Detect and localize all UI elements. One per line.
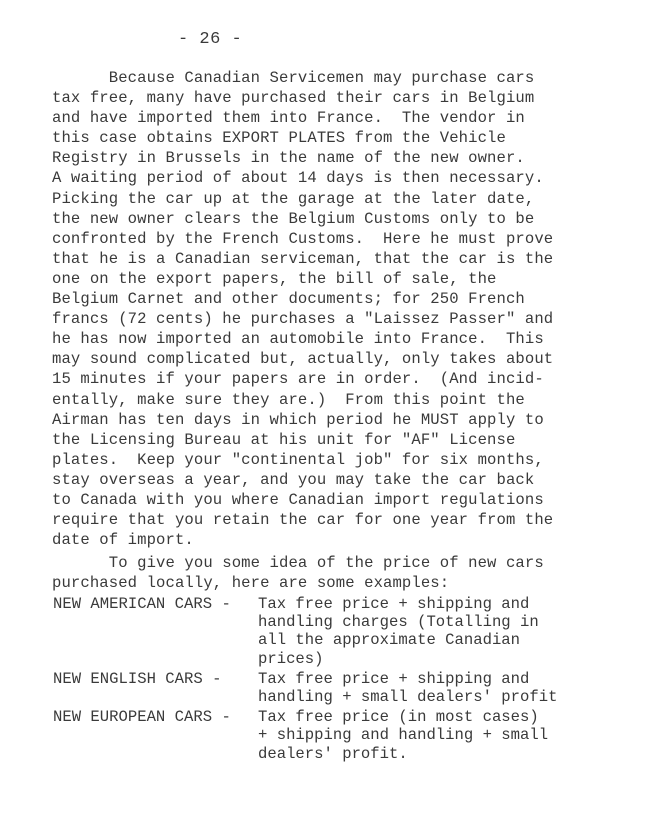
- car-price-examples: NEW AMERICAN CARS - Tax free price + shi…: [53, 595, 557, 763]
- text-line: handling charges (Totalling in: [258, 613, 557, 631]
- text-line: handling + small dealers' profit: [258, 688, 557, 706]
- paragraph-belgium-import: Because Canadian Servicemen may purchase…: [52, 68, 612, 550]
- example-label: NEW AMERICAN CARS -: [53, 595, 231, 613]
- example-european-cars: NEW EUROPEAN CARS - Tax free price (in m…: [53, 708, 557, 763]
- text-line: that he is a Canadian serviceman, that t…: [52, 249, 612, 269]
- text-line: A waiting period of about 14 days is the…: [52, 168, 612, 188]
- text-line: purchased locally, here are some example…: [52, 573, 612, 593]
- text-line: confronted by the French Customs. Here h…: [52, 229, 612, 249]
- text-line: Picking the car up at the garage at the …: [52, 189, 612, 209]
- text-line: + shipping and handling + small: [258, 726, 557, 744]
- text-line: Tax free price + shipping and: [258, 595, 557, 613]
- text-line: date of import.: [52, 530, 612, 550]
- text-line: Airman has ten days in which period he M…: [52, 410, 612, 430]
- text-line: he has now imported an automobile into F…: [52, 329, 612, 349]
- text-line: this case obtains EXPORT PLATES from the…: [52, 128, 612, 148]
- example-description: Tax free price + shipping andhandling + …: [258, 670, 557, 706]
- text-line: Tax free price + shipping and: [258, 670, 557, 688]
- text-line: all the approximate Canadian: [258, 631, 557, 649]
- text-line: to Canada with you where Canadian import…: [52, 490, 612, 510]
- text-line: 15 minutes if your papers are in order. …: [52, 369, 612, 389]
- paragraph-price-intro: To give you some idea of the price of ne…: [52, 553, 612, 593]
- example-description: Tax free price (in most cases)+ shipping…: [258, 708, 557, 763]
- text-line: tax free, many have purchased their cars…: [52, 88, 612, 108]
- text-line: Because Canadian Servicemen may purchase…: [52, 68, 612, 88]
- text-line: the new owner clears the Belgium Customs…: [52, 209, 612, 229]
- text-line: one on the export papers, the bill of sa…: [52, 269, 612, 289]
- text-line: the Licensing Bureau at his unit for "AF…: [52, 430, 612, 450]
- text-line: plates. Keep your "continental job" for …: [52, 450, 612, 470]
- text-line: and have imported them into France. The …: [52, 108, 612, 128]
- example-american-cars: NEW AMERICAN CARS - Tax free price + shi…: [53, 595, 557, 668]
- example-label: NEW EUROPEAN CARS -: [53, 708, 231, 726]
- page-number: - 26 -: [178, 30, 242, 49]
- text-line: stay overseas a year, and you may take t…: [52, 470, 612, 490]
- example-label: NEW ENGLISH CARS -: [53, 670, 221, 688]
- text-line: may sound complicated but, actually, onl…: [52, 349, 612, 369]
- text-line: Tax free price (in most cases): [258, 708, 557, 726]
- example-english-cars: NEW ENGLISH CARS - Tax free price + ship…: [53, 670, 557, 706]
- example-description: Tax free price + shipping andhandling ch…: [258, 595, 557, 668]
- text-line: require that you retain the car for one …: [52, 510, 612, 530]
- text-line: prices): [258, 650, 557, 668]
- text-line: Belgium Carnet and other documents; for …: [52, 289, 612, 309]
- text-line: To give you some idea of the price of ne…: [52, 553, 612, 573]
- text-line: francs (72 cents) he purchases a "Laisse…: [52, 309, 612, 329]
- text-line: Registry in Brussels in the name of the …: [52, 148, 612, 168]
- text-line: dealers' profit.: [258, 745, 557, 763]
- text-line: entally, make sure they are.) From this …: [52, 390, 612, 410]
